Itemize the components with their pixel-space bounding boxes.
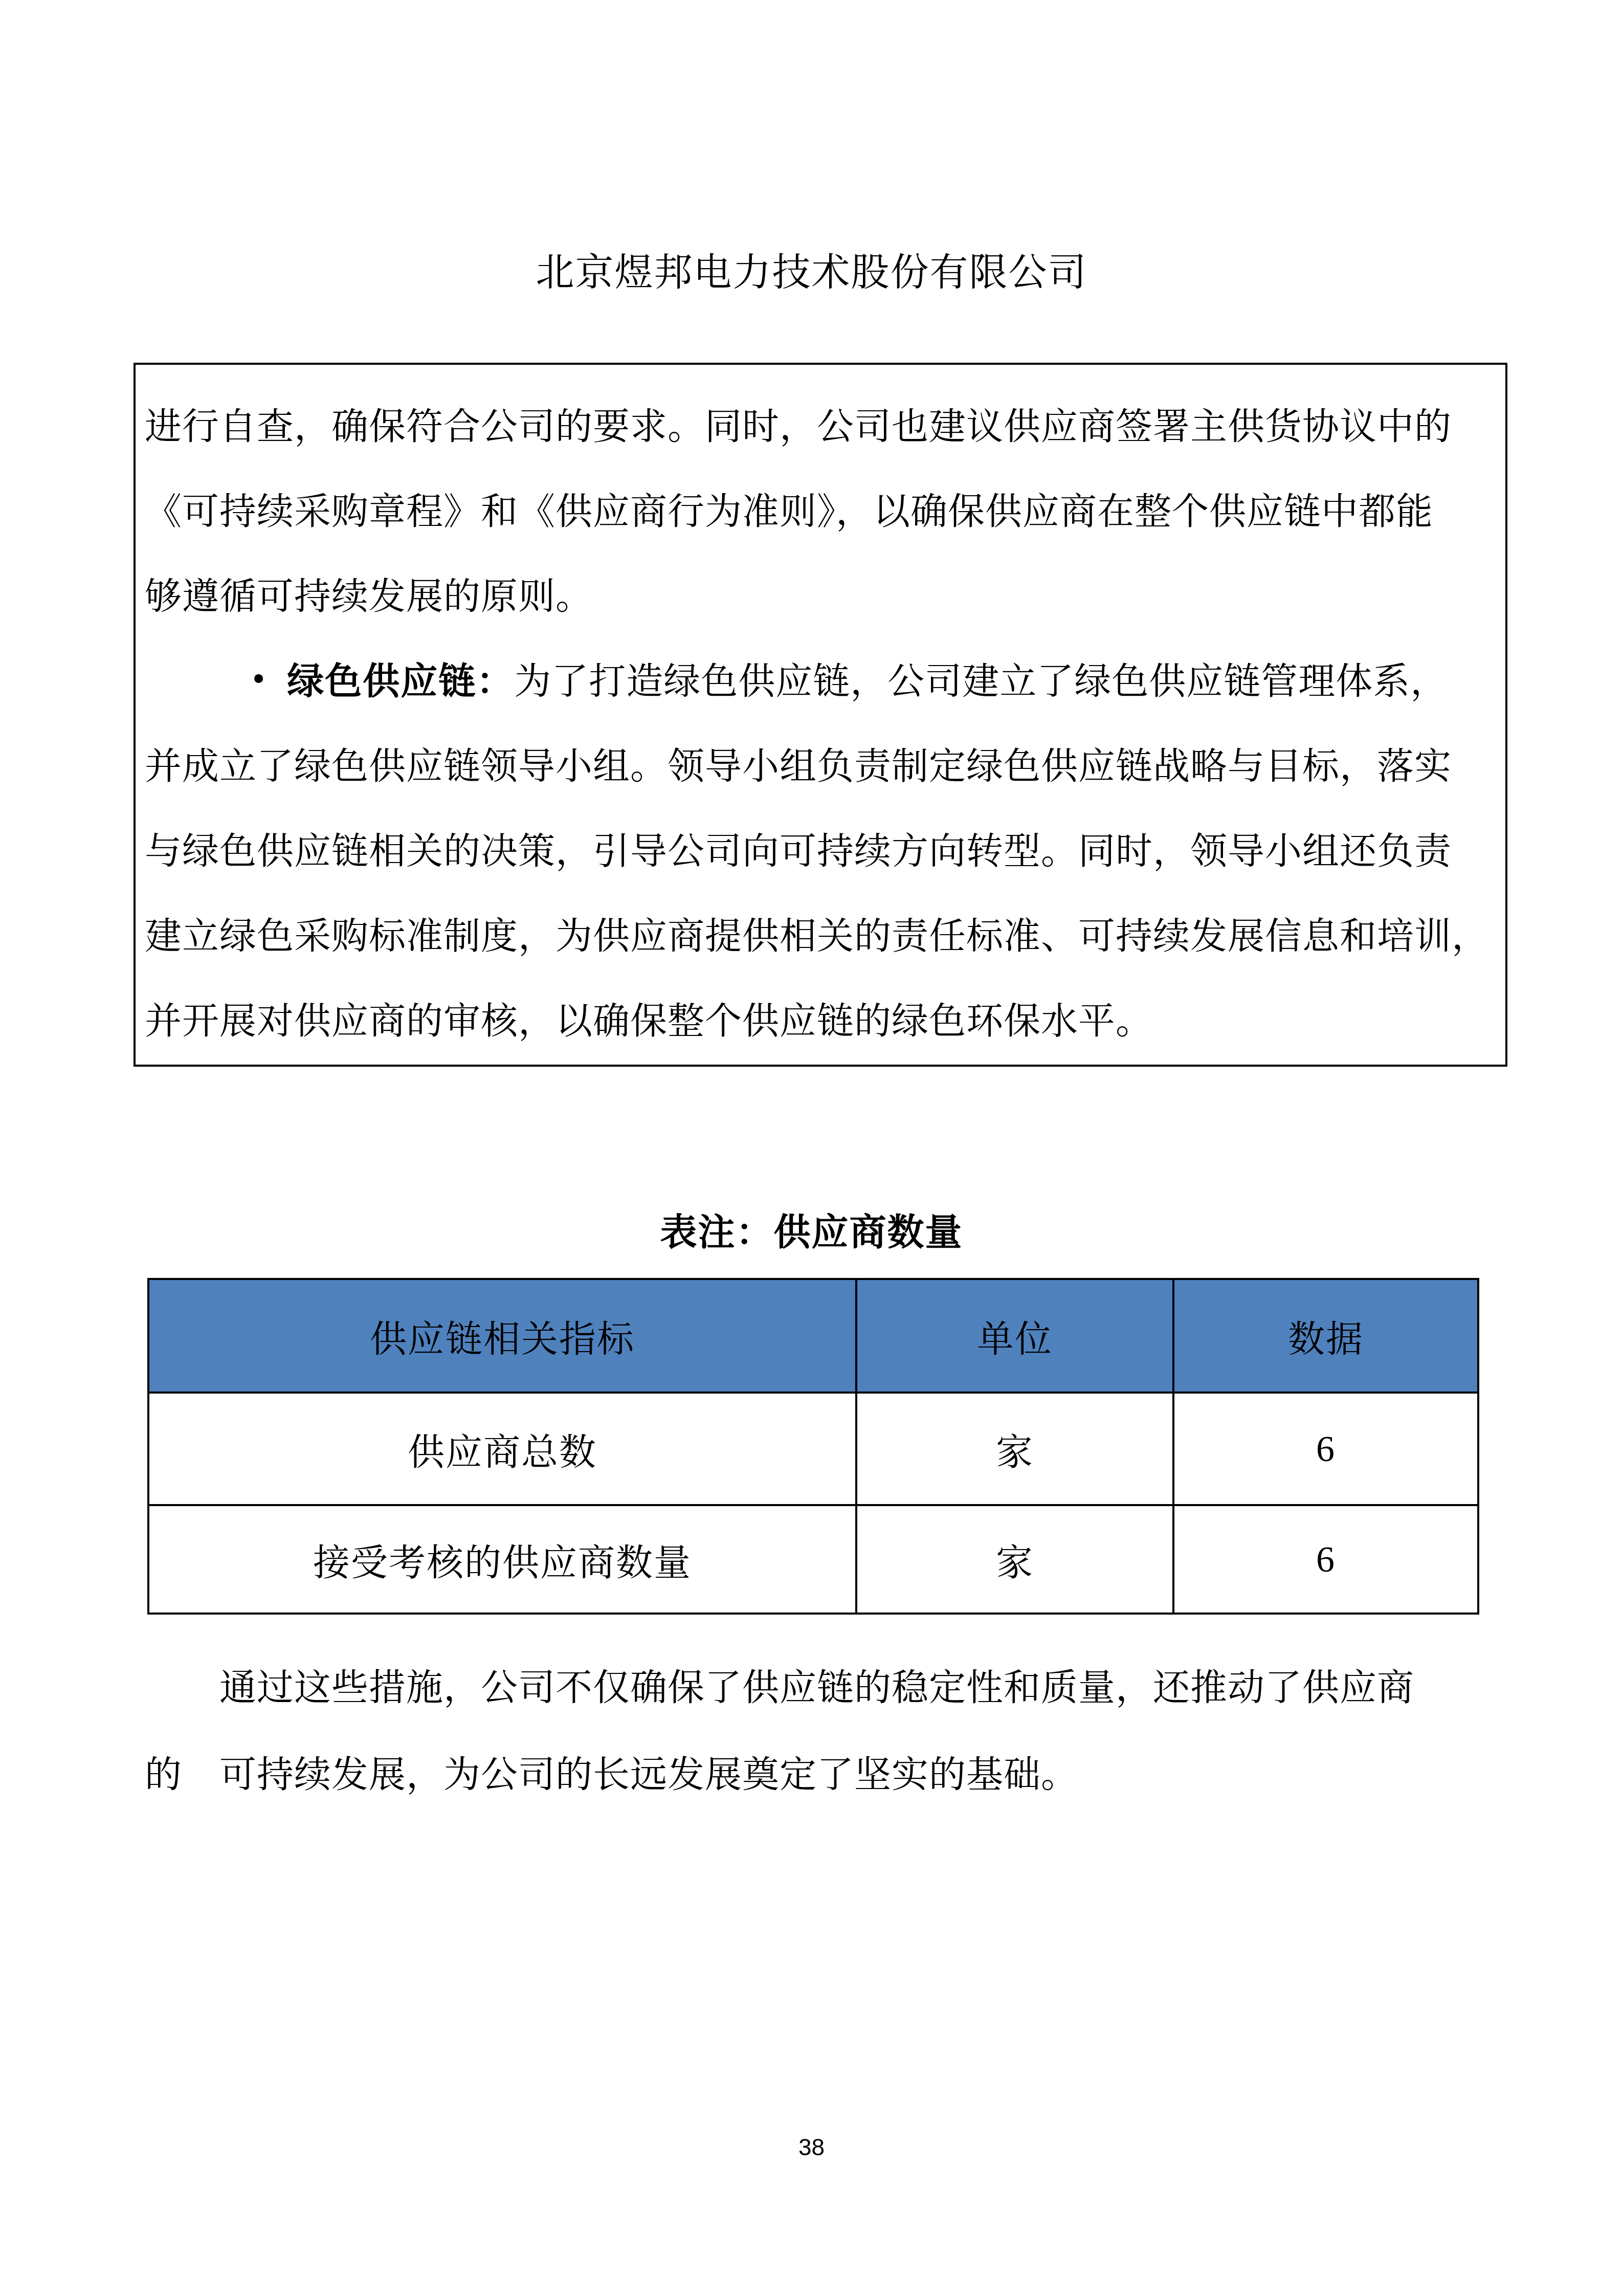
page-title: 北京煜邦电力技术股份有限公司 [0,242,1623,297]
header-cell-indicator: 供应链相关指标 [148,1279,856,1393]
cell-indicator: 接受考核的供应商数量 [148,1505,856,1614]
document-page: 北京煜邦电力技术股份有限公司 进行自查，确保符合公司的要求。同时，公司也建议供应… [0,0,1623,2296]
cell-value: 6 [1173,1505,1478,1614]
paragraph-line: 够遵循可持续发展的原则。 [145,554,1481,639]
table-row: 接受考核的供应商数量 家 6 [148,1505,1478,1614]
supplier-table: 供应链相关指标 单位 数据 供应商总数 家 6 接受考核的供应商数量 家 6 [147,1278,1479,1615]
paragraph-line: 《可持续采购章程》和《供应商行为准则》，以确保供应商在整个供应链中都能 [145,469,1481,554]
paragraph-line: 建立绿色采购标准制度，为供应商提供相关的责任标准、可持续发展信息和培训， [145,894,1481,979]
cell-unit: 家 [856,1505,1173,1614]
table-caption: 表注：供应商数量 [0,1202,1623,1255]
paragraph-line: 的 可持续发展，为公司的长远发展奠定了坚实的基础。 [145,1731,1485,1818]
paragraph-line: 并成立了绿色供应链领导小组。领导小组负责制定绿色供应链战略与目标，落实 [145,724,1481,809]
bullet-label: 绿色供应链： [287,661,514,702]
paragraph-line: 并开展对供应商的审核，以确保整个供应链的绿色环保水平。 [145,979,1481,1064]
table-header-row: 供应链相关指标 单位 数据 [148,1279,1478,1393]
cell-unit: 家 [856,1393,1173,1505]
paragraph-line: 为了打造绿色供应链，公司建立了绿色供应链管理体系， [514,661,1448,702]
cell-value: 6 [1173,1393,1478,1505]
bullet-icon: • [252,636,265,721]
paragraph-line: 进行自查，确保符合公司的要求。同时，公司也建议供应商签署主供货协议中的 [145,384,1481,469]
bullet-line: •绿色供应链：为了打造绿色供应链，公司建立了绿色供应链管理体系， [145,639,1481,724]
page-number: 38 [0,2133,1623,2161]
closing-paragraph: 通过这些措施，公司不仅确保了供应链的稳定性和质量，还推动了供应商 的 可持续发展… [145,1644,1485,1818]
paragraph-line: 与绿色供应链相关的决策，引导公司向可持续方向转型。同时，领导小组还负责 [145,809,1481,894]
header-cell-data: 数据 [1173,1279,1478,1393]
content-box: 进行自查，确保符合公司的要求。同时，公司也建议供应商签署主供货协议中的 《可持续… [134,363,1507,1067]
cell-indicator: 供应商总数 [148,1393,856,1505]
paragraph-line: 通过这些措施，公司不仅确保了供应链的稳定性和质量，还推动了供应商 [145,1644,1485,1731]
table-row: 供应商总数 家 6 [148,1393,1478,1505]
header-cell-unit: 单位 [856,1279,1173,1393]
